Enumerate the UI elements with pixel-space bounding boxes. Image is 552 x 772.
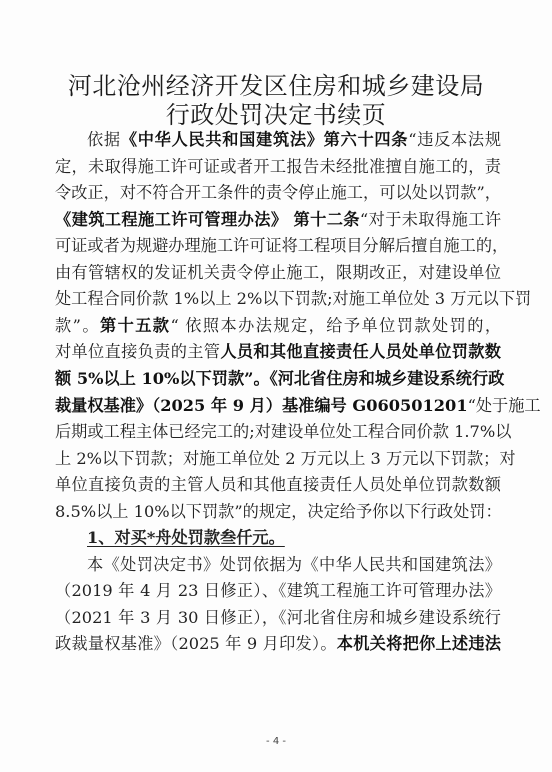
- bold-text-segment: 第十五款: [100, 316, 170, 335]
- text-segment: 可证或者为规避办理施工许可证将工程项目分解后擅自施工的，: [55, 236, 508, 255]
- text-segment: “ 依照本办法规定，给予单位罚款处罚的，: [170, 316, 501, 335]
- text-line: 8.5%以上 10%以下罚款”的规定，决定给予你以下行政处罚：: [55, 501, 501, 523]
- text-segment: 定，未取得施工许可证或者开工报告未经批准擅自施工的，责: [55, 157, 501, 176]
- bold-text-segment: 本机关将把你上述违法: [337, 634, 501, 653]
- document-page: 河北沧州经济开发区住房和城乡建设局 行政处罚决定书续页 依据《中华人民共和国建筑…: [0, 0, 552, 772]
- text-line: 由有管辖权的发证机关责令停止施工，限期改正，对建设单位: [55, 262, 501, 284]
- text-segment: 处工程合同价款 1%以上 2%以下罚款;对施工单位处 3 万元以下罚: [55, 289, 531, 308]
- text-line: （2021 年 3 月 30 日修正），《河北省住房和城乡建设系统行: [55, 607, 501, 629]
- text-line: 定，未取得施工许可证或者开工报告未经批准擅自施工的，责: [55, 156, 501, 178]
- text-segment: 单位直接负责的主管人员和其他直接责任人员处单位罚款数额: [55, 475, 501, 494]
- bold-text-segment: 《中华人民共和国建筑法》第六十四条: [121, 130, 408, 149]
- bold-text-segment: 《建筑工程施工许可管理办法》 第十二条: [55, 210, 360, 229]
- text-segment: 由有管辖权的发证机关责令停止施工，限期改正，对建设单位: [55, 263, 501, 282]
- text-segment: “对于未取得施工许: [360, 210, 501, 229]
- text-line: 裁量权基准》（2025 年 9 月）基准编号 G060501201“处于施工: [55, 395, 501, 417]
- text-line: 额 5%以上 10%以下罚款”。《河北省住房和城乡建设系统行政: [55, 368, 501, 390]
- bold-text-segment: 额 5%以上 10%以下罚款”。《河北省住房和城乡建设系统行政: [55, 369, 504, 388]
- text-segment: （2021 年 3 月 30 日修正），《河北省住房和城乡建设系统行: [55, 608, 501, 627]
- text-segment: 令改正，对不符合开工条件的责令停止施工，可以处以罚款”，: [55, 183, 501, 202]
- text-segment: 政裁量权基准》（2025 年 9 月印发）。: [55, 634, 337, 653]
- bold-text-segment: 人员和其他直接责任人员处单位罚款数: [220, 342, 501, 361]
- text-line: 依据《中华人民共和国建筑法》第六十四条“违反本法规: [87, 129, 501, 151]
- text-segment: （2019 年 4 月 23 日修正）、《建筑工程施工许可管理办法》: [55, 581, 501, 600]
- text-line: 令改正，对不符合开工条件的责令停止施工，可以处以罚款”，: [55, 182, 501, 204]
- text-line: （2019 年 4 月 23 日修正）、《建筑工程施工许可管理办法》: [55, 580, 501, 602]
- page-number: - 4 -: [0, 736, 552, 747]
- text-line: 单位直接负责的主管人员和其他直接责任人员处单位罚款数额: [55, 474, 501, 496]
- penalty-item: 1、对买*舟处罚款叁仟元。: [87, 527, 285, 549]
- text-segment: 上 2%以下罚款；对施工单位处 2 万元以上 3 万元以下罚款；对: [55, 449, 516, 468]
- text-line: 上 2%以下罚款；对施工单位处 2 万元以上 3 万元以下罚款；对: [55, 448, 501, 470]
- text-segment: “处于施工: [468, 396, 541, 415]
- text-segment: 后期或工程主体已经完工的;对建设单位处工程合同价款 1.7%以: [55, 422, 511, 441]
- text-line: 《建筑工程施工许可管理办法》 第十二条“对于未取得施工许: [55, 209, 501, 231]
- text-segment: 8.5%以上 10%以下罚款”的规定，决定给予你以下行政处罚：: [55, 502, 502, 521]
- text-line: 可证或者为规避办理施工许可证将工程项目分解后擅自施工的，: [55, 235, 501, 257]
- text-segment: 款”。: [55, 316, 100, 335]
- text-segment: 本《处罚决定书》处罚依据为《中华人民共和国建筑法》: [87, 555, 501, 574]
- text-line: 款”。第十五款“ 依照本办法规定，给予单位罚款处罚的，: [55, 315, 501, 337]
- text-line: 处工程合同价款 1%以上 2%以下罚款;对施工单位处 3 万元以下罚: [55, 288, 501, 310]
- text-line: 后期或工程主体已经完工的;对建设单位处工程合同价款 1.7%以: [55, 421, 501, 443]
- text-segment: 对单位直接负责的主管: [55, 342, 220, 361]
- document-title-type: 行政处罚决定书续页: [0, 95, 552, 130]
- text-segment: 依据: [87, 130, 121, 149]
- text-line: 对单位直接负责的主管人员和其他直接责任人员处单位罚款数: [55, 341, 501, 363]
- text-segment: “违反本法规: [408, 130, 501, 149]
- text-line: 政裁量权基准》（2025 年 9 月印发）。本机关将把你上述违法: [55, 633, 501, 655]
- text-line: 本《处罚决定书》处罚依据为《中华人民共和国建筑法》: [87, 554, 501, 576]
- bold-text-segment: 裁量权基准》（2025 年 9 月）基准编号 G060501201: [55, 396, 468, 415]
